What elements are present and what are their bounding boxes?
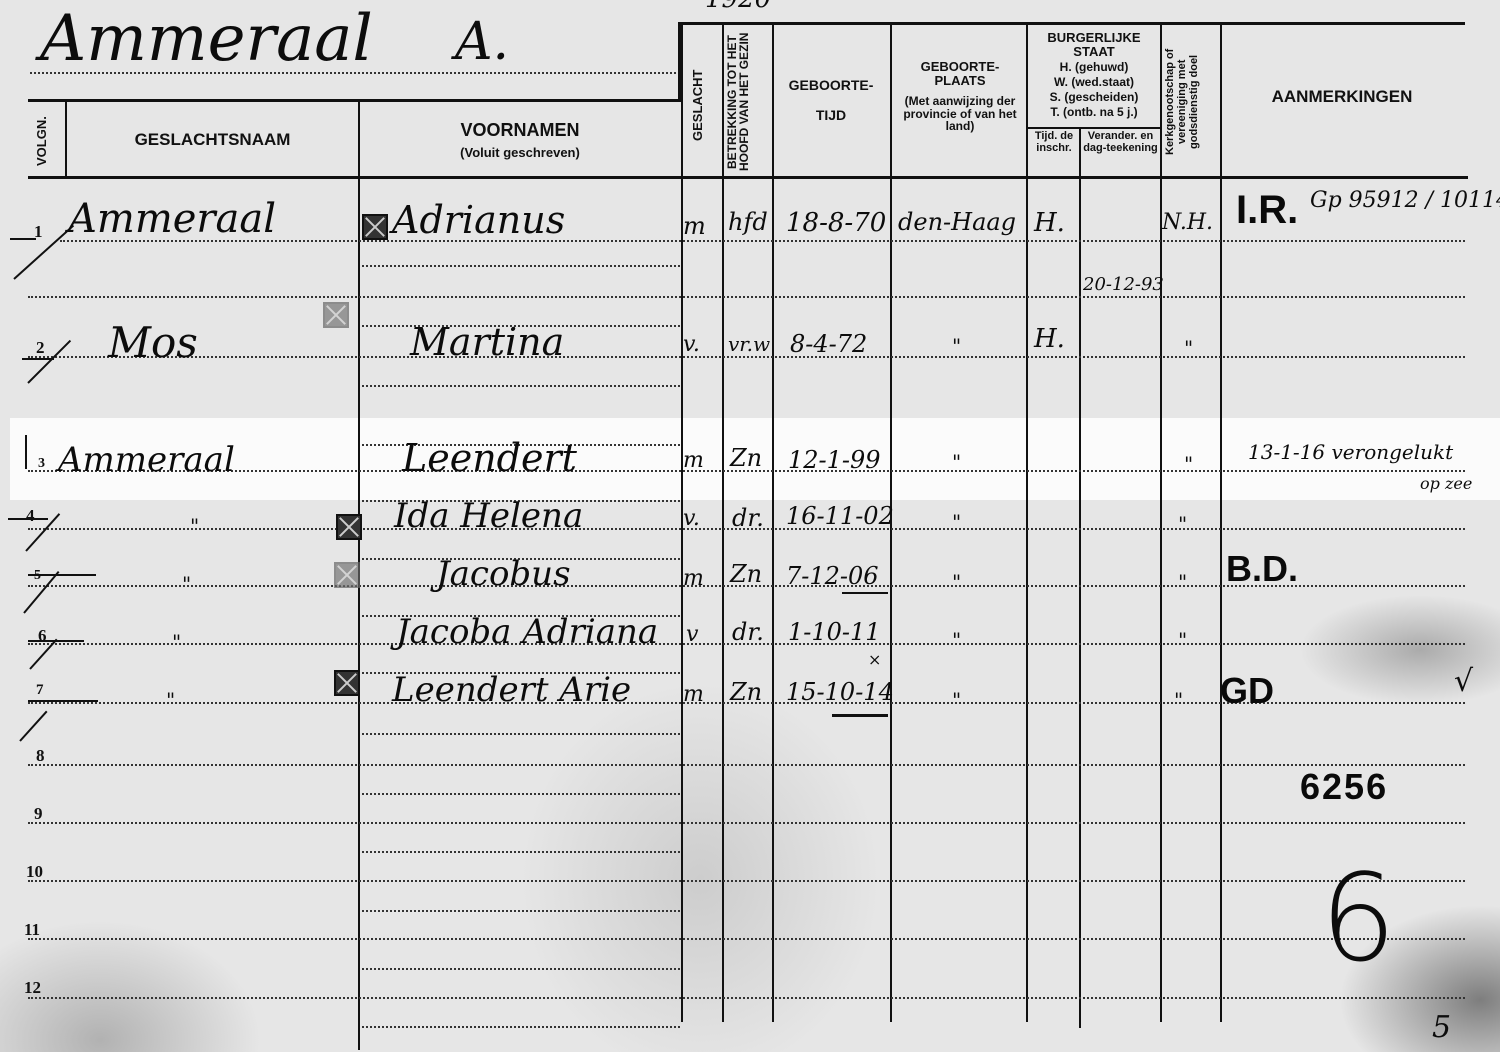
row-strike-mark [10,238,36,240]
sex: v. [683,332,700,357]
remarks-note-continued: op zee [1420,474,1472,493]
religion: " [1174,688,1183,712]
col-rule [65,100,67,178]
row-number: 12 [24,978,41,998]
col-rule [1220,22,1222,1022]
col-rule [1160,22,1162,1022]
row-number: 2 [36,338,45,358]
birth-place: " [952,688,961,712]
row-strike-mark [23,571,59,614]
sex: m [683,682,704,707]
row-number: 11 [24,920,40,940]
surname-ditto: " [182,572,191,596]
remarks-note: Gp 95912 / 10114 [1310,188,1500,213]
card-number-stamp: 6256 [1300,766,1388,808]
row-line [362,1026,680,1028]
remarks-stamp: GD [1220,670,1274,712]
large-handwritten-digit: 6 [1320,850,1396,989]
row-strike-mark [28,700,98,702]
row-number: 8 [36,746,45,766]
col-rule [1079,128,1081,1028]
row-line [28,938,1465,940]
birth-place: " [952,450,961,474]
header-top-rule-left [28,99,680,102]
given-names: Martina [410,320,564,364]
correction-mark: × [868,650,881,669]
col-header-kerkgenootschap: Kerkgenootschap of vereeniging met godsd… [1164,30,1216,174]
relation: dr. [732,618,764,646]
relation: vr.w [728,332,770,356]
birth-year-underline [832,714,888,717]
col-header-aanmerkingen: AANMERKINGEN [1222,88,1462,106]
surname: Mos [108,318,198,367]
initial-title: A. [455,12,509,72]
birth-date: 1-10-11 [788,618,881,646]
birth-date: 15-10-14 [786,678,894,706]
relation: Zn [730,560,762,588]
given-names: Leendert Arie [392,670,631,710]
col-header-geboorteplaats: GEBOORTE-PLAATS [905,60,1015,87]
row-line [362,733,680,735]
col-header-betrekking: BETREKKING TOT HET HOOFD VAN HET GEZIN [726,30,770,174]
remarks-stamp: I.R. [1236,188,1298,233]
birth-place: " [952,334,961,358]
birth-year-underline [842,592,888,594]
col-header-geboortetijd-2: TIJD [775,108,887,123]
col-header-geslachtsnaam: GESLACHTSNAAM [70,131,355,149]
row-strike-mark [8,518,48,520]
civil-status: H. [1034,324,1065,354]
col-header-bs-t: T. (ontb. na 5 j.) [1030,106,1158,119]
row-strike-mark [28,574,96,576]
birth-date: 12-1-99 [788,446,881,474]
birth-date: 8-4-72 [790,330,867,358]
row-number: 6 [38,626,47,646]
row-line [362,968,680,970]
col-header-bs-tijd: Tijd. de inschr. [1029,131,1079,154]
surname-ditto: " [166,688,175,712]
col-header-geboorteplaats-sub: (Met aanwijzing der provincie of van het… [896,95,1024,133]
row-line [362,385,680,387]
row-line [362,265,680,267]
row-line [28,997,1465,999]
col-header-bs-w: W. (wed.staat) [1030,76,1158,89]
col-header-voornamen-sub: (Voluit geschreven) [362,146,678,160]
corner-digit: 5 [1432,1010,1451,1045]
col-header-burgerlijke-staat: BURGERLIJKE STAAT [1030,31,1158,58]
row-strike-mark [13,225,74,280]
row-number: 9 [34,804,43,824]
row-line [28,356,1465,358]
given-names: Ida Helena [394,496,583,536]
religion: " [1178,570,1187,594]
row-number: 10 [26,862,43,882]
check-mark: √ [1454,664,1473,699]
col-rule [722,22,724,1022]
row-mark [25,435,27,469]
row-strike-mark [27,340,71,384]
title-underline [30,72,680,74]
deceased-mark-icon [362,214,388,240]
year-label: 1920 [705,0,771,14]
row-number: 3 [38,456,45,472]
given-names: Jacobus [436,554,571,594]
birth-date: 18-8-70 [786,208,886,238]
deceased-mark-icon [334,670,360,696]
civil-status: H. [1034,208,1065,238]
col-header-bs-s: S. (gescheiden) [1030,91,1158,104]
row-number: 4 [26,506,35,526]
row-line [362,793,680,795]
given-names: Adrianus [392,198,565,242]
header-bottom-rule [28,176,1468,179]
row-line [28,880,1465,882]
col-header-bs-h: H. (gehuwd) [1030,61,1158,74]
birth-date: 16-11-02 [786,502,894,530]
row-line [28,296,1465,298]
row-line [362,851,680,853]
col-rule [1026,22,1028,1022]
given-names: Jacoba Adriana [396,612,658,652]
row-number: 7 [36,682,44,699]
family-name-title: Ammeraal [40,2,373,76]
row-line [362,910,680,912]
relation: Zn [730,444,762,472]
col-header-geboortetijd-1: GEBOORTE- [775,78,887,93]
relation: Zn [730,678,762,706]
remarks-stamp: B.D. [1226,548,1298,590]
row-line [28,764,1465,766]
header-top-rule-right [678,22,1465,25]
bs-subdivider [1026,127,1160,129]
col-rule [772,22,774,1022]
relation: dr. [732,504,764,532]
religion: " [1184,452,1193,476]
given-names: Leendert [402,436,577,480]
birth-date: 7-12-06 [786,562,879,590]
row-line [28,822,1465,824]
civil-status-change: 20-12-93 [1083,274,1164,295]
sex: v. [683,506,700,531]
surname-ditto: " [190,514,199,538]
birth-place: den-Haag [898,208,1016,236]
birth-place: " [952,570,961,594]
surname: Ammeraal [68,196,276,242]
surname-ditto: " [172,630,181,654]
religion: " [1178,512,1187,536]
religion: N.H. [1162,210,1213,235]
sex: m [683,566,704,591]
deceased-mark-icon [336,514,362,540]
col-header-volgn: VOLGN. [36,108,48,174]
relation: hfd [728,208,768,236]
col-header-bs-verander: Verander. en dag-teekening [1082,131,1159,154]
birth-place: " [952,628,961,652]
col-header-voornamen: VOORNAMEN [362,121,678,140]
sex: v [686,622,698,647]
col-header-geslacht: GESLACHT [692,40,704,170]
birth-place: " [952,510,961,534]
remarks-note: 13-1-16 verongelukt [1248,440,1453,464]
religion: " [1178,628,1187,652]
row-number: 5 [34,568,41,584]
sex: m [683,448,704,473]
sex: m [683,212,706,240]
deceased-mark-icon [323,302,349,328]
registration-card: Ammeraal A. 1920 VOLGN. GESLACHTSNAAM VO… [0,0,1500,1052]
row-strike-mark [19,711,47,742]
surname: Ammeraal [58,440,235,480]
religion: " [1184,336,1193,360]
deceased-mark-icon [334,562,360,588]
